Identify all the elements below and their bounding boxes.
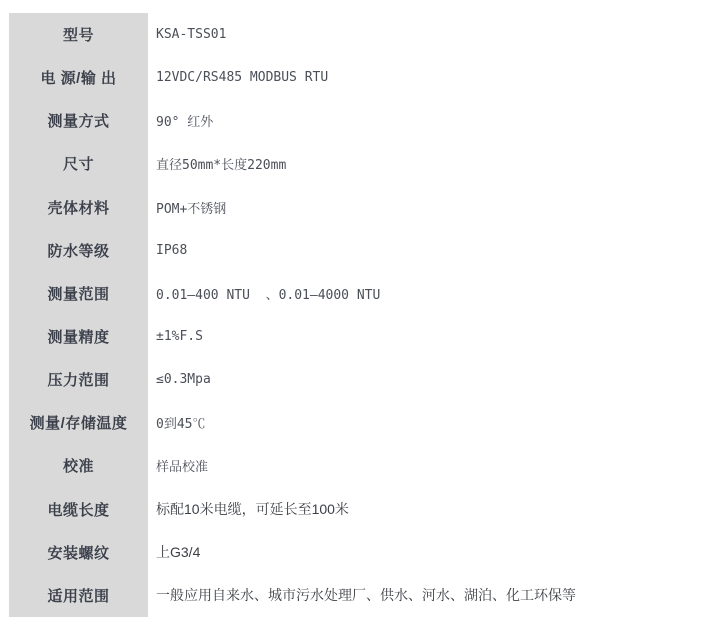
spec-value: POM+不锈钢 — [148, 186, 701, 229]
spec-label: 测量精度 — [9, 315, 148, 358]
table-row: 测量/存储温度 0到45℃ — [9, 401, 701, 444]
spec-label: 压力范围 — [9, 358, 148, 401]
spec-label: 测量范围 — [9, 272, 148, 315]
spec-label: 电 源/输 出 — [9, 56, 148, 99]
table-row: 压力范围 ≤0.3Mpa — [9, 358, 701, 401]
spec-value: 90° 红外 — [148, 99, 701, 142]
table-row: 防水等级 IP68 — [9, 229, 701, 272]
spec-table: 型号 KSA-TSS01 电 源/输 出 12VDC/RS485 MODBUS … — [9, 13, 701, 617]
spec-value: ≤0.3Mpa — [148, 358, 701, 401]
spec-page: 型号 KSA-TSS01 电 源/输 出 12VDC/RS485 MODBUS … — [0, 0, 710, 636]
table-row: 测量方式 90° 红外 — [9, 99, 701, 142]
spec-value: 直径50mm*长度220mm — [148, 142, 701, 185]
spec-label: 安装螺纹 — [9, 531, 148, 574]
table-row: 测量范围 0.01—400 NTU 、0.01—4000 NTU — [9, 272, 701, 315]
spec-value: IP68 — [148, 229, 701, 272]
spec-value: ±1%F.S — [148, 315, 701, 358]
spec-label: 型号 — [9, 13, 148, 56]
table-row: 安装螺纹 上G3/4 — [9, 531, 701, 574]
spec-value: 样品校准 — [148, 444, 701, 487]
table-row: 校准 样品校准 — [9, 444, 701, 487]
spec-label: 测量/存储温度 — [9, 401, 148, 444]
table-row: 测量精度 ±1%F.S — [9, 315, 701, 358]
spec-label: 壳体材料 — [9, 186, 148, 229]
table-row: 型号 KSA-TSS01 — [9, 13, 701, 56]
spec-value: 标配10米电缆，可延长至100米 — [148, 488, 701, 531]
spec-value: 0.01—400 NTU 、0.01—4000 NTU — [148, 272, 701, 315]
table-row: 适用范围 一般应用自来水、城市污水处理厂、供水、河水、湖泊、化工环保等 — [9, 574, 701, 617]
spec-value: 上G3/4 — [148, 531, 701, 574]
spec-value: 0到45℃ — [148, 401, 701, 444]
spec-label: 测量方式 — [9, 99, 148, 142]
spec-label: 防水等级 — [9, 229, 148, 272]
spec-label: 适用范围 — [9, 574, 148, 617]
spec-label: 电缆长度 — [9, 488, 148, 531]
spec-label: 尺寸 — [9, 142, 148, 185]
spec-label: 校准 — [9, 444, 148, 487]
table-row: 尺寸 直径50mm*长度220mm — [9, 142, 701, 185]
table-row: 电缆长度 标配10米电缆，可延长至100米 — [9, 488, 701, 531]
spec-value: 12VDC/RS485 MODBUS RTU — [148, 56, 701, 99]
spec-value: 一般应用自来水、城市污水处理厂、供水、河水、湖泊、化工环保等 — [148, 574, 701, 617]
spec-value: KSA-TSS01 — [148, 13, 701, 56]
table-row: 壳体材料 POM+不锈钢 — [9, 186, 701, 229]
table-row: 电 源/输 出 12VDC/RS485 MODBUS RTU — [9, 56, 701, 99]
